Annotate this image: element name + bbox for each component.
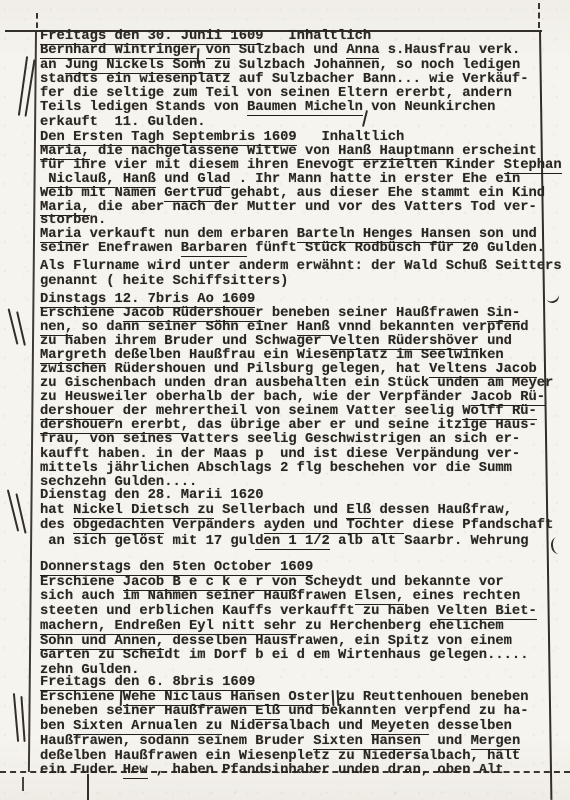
text-line: frau, von seines Vatters seelig Geschwis…	[40, 433, 553, 447]
text-line: kaufft haben. in der Maas p und ist dies…	[40, 448, 553, 462]
pen-stub-top-left	[36, 13, 38, 28]
text-line: hat Nickel Dietsch zu Sellerbach und Elß…	[40, 503, 553, 518]
margin-slash-mark-entry7	[13, 693, 19, 742]
pen-stub-top-right	[538, 3, 540, 28]
text-line: mittels jährlichen Abschlags 2 flg besch…	[40, 462, 553, 476]
text-line: Maria, die nachgelassene Wittwe von Hanß…	[40, 145, 562, 159]
entry-flurname-notiz: Als Flurname wird unter anderm erwähnt: …	[40, 260, 562, 289]
entry-ersten-tagh-septembris-1609: Den Ersten Tagh Septembris 1609 Inhaltli…	[40, 131, 562, 256]
text-line: beneben seiner Haußfrawen Elß und bekann…	[40, 705, 529, 720]
margin-slash-mark-entry7	[20, 696, 25, 742]
entry-freitags-6-8bris-1609: Freitags den 6. 8bris 1609Erschiene Wehe…	[40, 676, 529, 779]
text-line: Teils ledigen Stands von Baumen Micheln …	[40, 101, 529, 115]
text-line: an sich gelöst mit 17 gulden 1 1/2 alb a…	[40, 534, 553, 549]
text-line: des obgedachten Verpänders ayden und Toc…	[40, 518, 553, 533]
text-line: genannt ( heite Schiffsitters)	[40, 275, 562, 290]
text-line: seiner Enefrawen Barbaren fünft Stück Ro…	[40, 242, 562, 256]
text-line: Freitags den 6. 8bris 1609	[40, 676, 529, 691]
text-line: Garten zu Scheidt im Dorf b ei d em Wirt…	[40, 649, 537, 664]
text-line: deßelben Haußfrawen ein Wiesenpletz zu N…	[40, 750, 529, 765]
text-line: Niclauß, Hanß und Glad . Ihr Mann hatte …	[40, 173, 562, 187]
pen-rule-left	[28, 32, 37, 772]
text-line: Haußfrawen, sodann seinem Bruder Sixten …	[40, 735, 529, 750]
text-line: Als Flurname wird unter anderm erwähnt: …	[40, 260, 562, 275]
text-line: ein Fuder Hew , haben Pfandsinhaber unde…	[40, 764, 529, 779]
text-line: Weib mit Namen Gertrud gehabt, aus diese…	[40, 187, 562, 201]
text-line: steeten und erblichen Kauffs verkaufft z…	[40, 605, 537, 620]
pen-stub-bottom-edge	[22, 777, 24, 791]
entry-dienstag-28-marii-1620: Dienstag den 28. Marii 1620hat Nickel Di…	[40, 488, 553, 549]
text-line: Donnerstags den 5ten October 1609	[40, 561, 537, 576]
entry-dinstags-12-7bris-1609: Dinstags 12. 7bris Ao 1609Erschiene Jaco…	[40, 293, 553, 490]
entry-donnerstags-5ten-october-1609: Donnerstags den 5ten October 1609Erschie…	[40, 561, 537, 679]
text-line: Erschiene Jacob Rüdershouer beneben sein…	[40, 307, 553, 321]
text-line: Dienstag den 28. Marii 1620	[40, 488, 553, 503]
text-line: Maria, die aber nach der Mutter und vor …	[40, 201, 562, 215]
text-line: Dinstags 12. 7bris Ao 1609	[40, 293, 553, 307]
text-line: Sohn und Annen, desselben Hausfrawen, ei…	[40, 635, 537, 650]
entry-freitag-30-junii-1609: Freitags den 30. Junii 1609 InhaltlichBe…	[40, 30, 529, 130]
text-line: Den Ersten Tagh Septembris 1609 Inhaltli…	[40, 131, 562, 145]
text-line: erkauft 11. Gulden.	[40, 116, 529, 130]
text-line: sich auch im Nahmen seiner Haußfrawen El…	[40, 590, 537, 605]
text-line: ben Sixten Arnualen zu Nidersalbach und …	[40, 720, 529, 735]
text-line: machern, Endreßen Eyl nitt sehr zu Herch…	[40, 620, 537, 635]
document-page: Freitags den 30. Junii 1609 InhaltlichBe…	[0, 0, 570, 800]
text-line: an Jung Nickels Sonn zu Sulzbach Johanne…	[40, 59, 529, 73]
text-line: für ihre vier mit diesem ihren Enevogt e…	[40, 159, 562, 173]
text-line: Bernhard Wintringer von Sulzbach und Ann…	[40, 44, 529, 58]
